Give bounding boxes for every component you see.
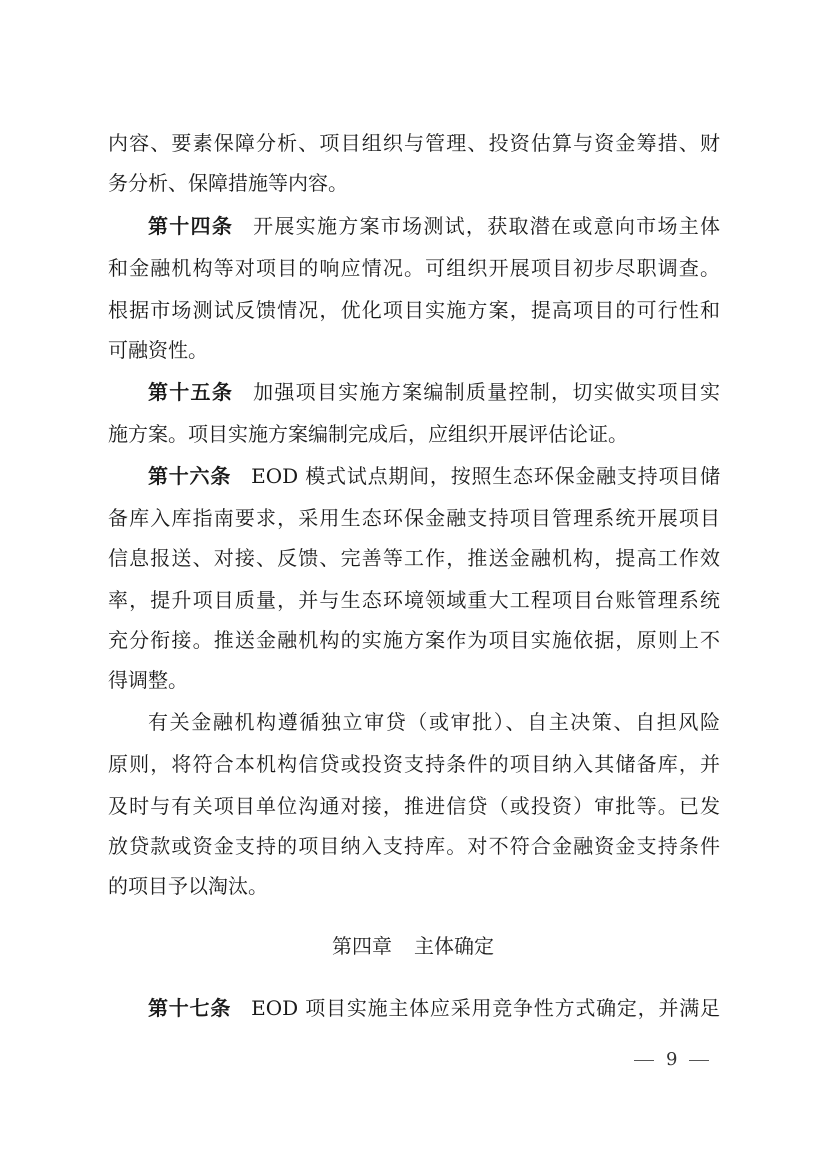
dash-right [689,1060,709,1061]
page-number-value: 9 [666,1048,677,1072]
article-15-line: 第十五条加强项目实施方案编制质量控制，切实做实项目实 [148,378,720,406]
chapter-title: 主体确定 [414,934,494,958]
article-label: 第十四条 [148,214,233,238]
article-14-line: 第十四条开展实施方案市场测试，获取潜在或意向市场主体 [148,212,720,240]
text-line: 可融资性。 [108,336,720,364]
dash-left [634,1060,654,1061]
text-line: 放贷款或资金支持的项目纳入支持库。对不符合金融资金支持条件 [108,832,720,860]
chapter-number: 第四章 [332,934,392,958]
article-text: EOD 项目实施主体应采用竞争性方式确定，并满足 [251,996,720,1020]
text-line: 得调整。 [108,666,720,694]
text-line: 的项目予以淘汰。 [108,872,720,900]
paragraph-first-line: 有关金融机构遵循独立审贷（或审批）、自主决策、自担风险 [148,708,720,736]
article-label: 第十七条 [148,996,231,1020]
article-label: 第十五条 [148,380,233,404]
article-label: 第十六条 [148,464,231,488]
chapter-heading: 第四章主体确定 [0,932,826,960]
article-text: EOD 模式试点期间，按照生态环保金融支持项目储 [251,464,720,488]
article-text: 加强项目实施方案编制质量控制，切实做实项目实 [253,380,720,404]
document-page: 内容、要素保障分析、项目组织与管理、投资估算与资金筹措、财 务分析、保障措施等内… [0,0,826,1169]
text-line: 施方案。项目实施方案编制完成后，应组织开展评估论证。 [108,420,720,448]
text-line: 充分衔接。推送金融机构的实施方案作为项目实施依据，原则上不 [108,626,720,654]
article-17-line: 第十七条EOD 项目实施主体应采用竞争性方式确定，并满足 [148,994,720,1022]
text-line: 备库入库指南要求，采用生态环保金融支持项目管理系统开展项目 [108,504,720,532]
text-line: 率，提升项目质量，并与生态环境领域重大工程项目台账管理系统 [108,586,720,614]
text-line: 信息报送、对接、反馈、完善等工作，推送金融机构，提高工作效 [108,544,720,572]
article-16-line: 第十六条EOD 模式试点期间，按照生态环保金融支持项目储 [148,462,720,490]
page-number: 9 [634,1048,709,1072]
text-line: 根据市场测试反馈情况，优化项目实施方案，提高项目的可行性和 [108,296,720,324]
text-line: 原则，将符合本机构信贷或投资支持条件的项目纳入其储备库，并 [108,750,720,778]
text-line: 及时与有关项目单位沟通对接，推进信贷（或投资）审批等。已发 [108,792,720,820]
article-text: 开展实施方案市场测试，获取潜在或意向市场主体 [253,214,720,238]
text-line: 和金融机构等对项目的响应情况。可组织开展项目初步尽职调查。 [108,254,720,282]
text-line: 内容、要素保障分析、项目组织与管理、投资估算与资金筹措、财 [108,129,720,157]
text-line: 务分析、保障措施等内容。 [108,169,720,197]
